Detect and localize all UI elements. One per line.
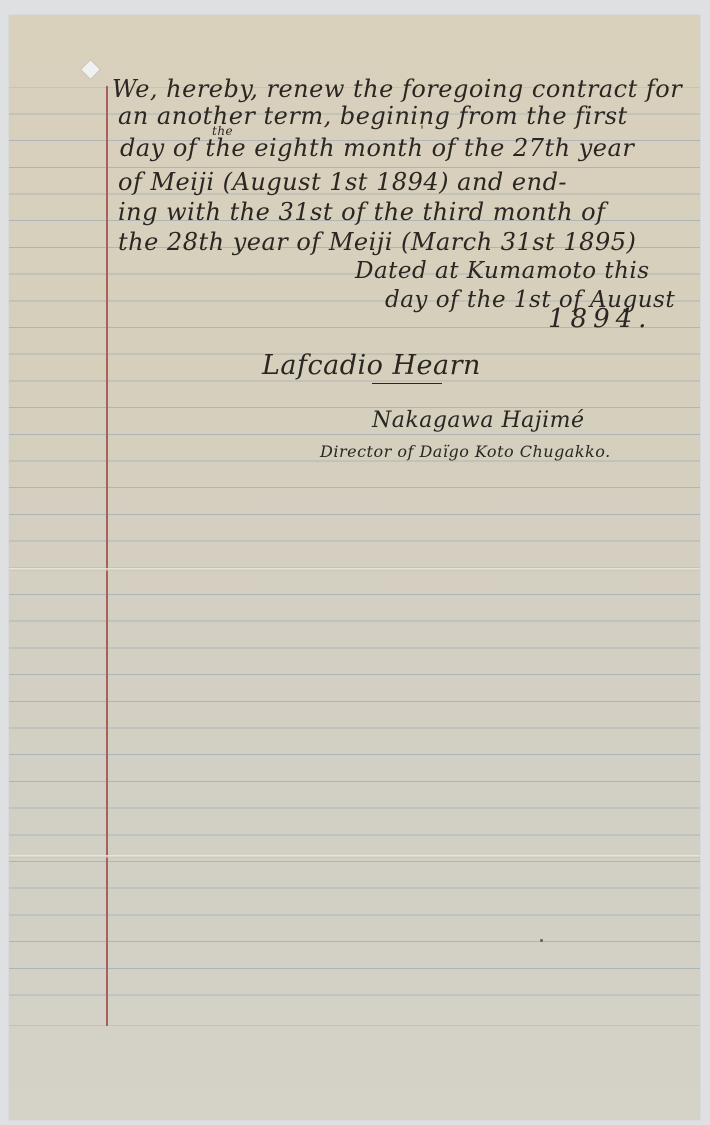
- dated-line-1: Dated at Kumamoto this: [355, 258, 650, 284]
- body-line-2: an another term, begining from the first: [118, 102, 628, 130]
- body-line-5: ing with the 31st of the third month of: [118, 198, 606, 226]
- body-line-1: We, hereby, renew the foregoing contract…: [112, 75, 682, 103]
- body-line-4: of Meiji (August 1st 1894) and end-: [118, 168, 567, 196]
- body-line-6: the 28th year of Meiji (March 31st 1895): [118, 228, 636, 256]
- signature-lafcadio-hearn: Lafcadio Hearn: [262, 350, 481, 381]
- fold-crease-upper: [9, 568, 700, 571]
- signature-title: Director of Daïgo Koto Chugakko.: [320, 442, 611, 461]
- punch-hole: [80, 59, 101, 80]
- signature-flourish: [372, 383, 442, 384]
- paper-speck: [540, 939, 543, 942]
- margin-line: [106, 86, 108, 1026]
- signature-nakagawa-hajime: Nakagawa Hajimé: [372, 408, 585, 433]
- body-line-3: day of the eighth month of the 27th year: [120, 134, 634, 162]
- fold-crease-lower: [9, 855, 700, 858]
- dated-line-3: 1894.: [548, 304, 652, 334]
